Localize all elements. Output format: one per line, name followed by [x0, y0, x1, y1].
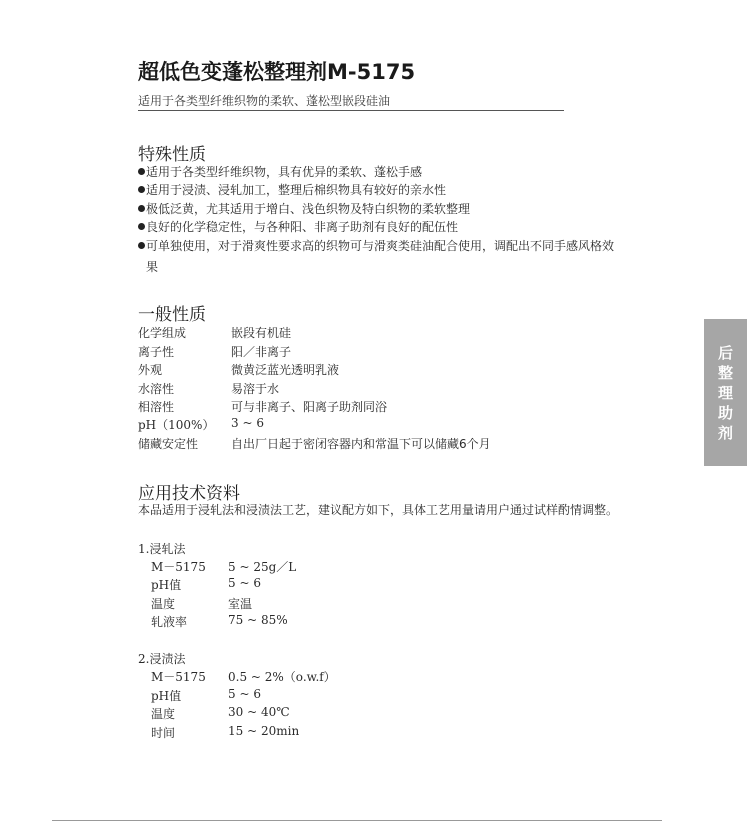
side-tab-char: 助 [718, 403, 733, 423]
bullet-icon [138, 223, 145, 230]
property-key: 离子性 [138, 343, 174, 360]
side-tab-char: 剂 [718, 423, 733, 443]
property-key: 储藏安定性 [138, 435, 198, 452]
method-title-padding: 1.浸轧法 [138, 540, 185, 557]
method-key: pH值 [151, 576, 181, 593]
method-value: 15 ~ 20min [228, 724, 299, 738]
property-key: 外观 [138, 361, 162, 378]
property-value: 微黄泛蓝光透明乳液 [231, 361, 339, 378]
bullet-item: 可单独使用，对于滑爽性要求高的织物可与滑爽类硅油配合使用，调配出不同手感风格效 [138, 237, 614, 255]
method-key: 温度 [151, 705, 175, 722]
method-key: pH值 [151, 687, 181, 704]
property-value: 可与非离子、阳离子助剂同浴 [231, 398, 387, 415]
method-title-exhaustion: 2.浸渍法 [138, 650, 185, 667]
method-value: 室温 [228, 595, 252, 612]
product-datasheet-page: 超低色变蓬松整理剂M-5175 适用于各类型纤维织物的柔软、蓬松型嵌段硅油 特殊… [0, 0, 747, 825]
method-value: 30 ~ 40℃ [228, 705, 290, 719]
method-key: 时间 [151, 724, 175, 741]
bullet-item: 良好的化学稳定性，与各种阳、非离子助剂有良好的配伍性 [138, 218, 458, 236]
method-value: 5 ~ 6 [228, 576, 261, 590]
section-heading-general-properties: 一般性质 [138, 300, 206, 325]
bullet-item: 适用于各类型纤维织物，具有优异的柔软、蓬松手感 [138, 163, 422, 181]
property-value: 自出厂日起于密闭容器内和常温下可以储藏6个月 [231, 435, 491, 452]
side-tab-char: 整 [718, 363, 733, 383]
method-value: 0.5 ~ 2%（o.w.f） [228, 668, 336, 685]
property-key: 相溶性 [138, 398, 174, 415]
property-key: 水溶性 [138, 380, 174, 397]
bullet-icon [138, 242, 145, 249]
bullet-item: 极低泛黄，尤其适用于增白、浅色织物及特白织物的柔软整理 [138, 200, 470, 218]
method-value: 5 ~ 25g／L [228, 558, 296, 575]
category-side-tab: 后 整 理 助 剂 [704, 319, 747, 466]
method-key: 轧液率 [151, 613, 187, 630]
property-value: 3 ~ 6 [231, 416, 264, 430]
property-value: 易溶于水 [231, 380, 279, 397]
bullet-item: 适用于浸渍、浸轧加工，整理后棉织物具有较好的亲水性 [138, 181, 446, 199]
application-intro: 本品适用于浸轧法和浸渍法工艺，建议配方如下，具体工艺用量请用户通过试样酌情调整。 [138, 501, 618, 519]
bullet-continuation: 果 [146, 258, 158, 275]
section-heading-special-properties: 特殊性质 [138, 140, 206, 165]
bullet-icon [138, 168, 145, 175]
product-subtitle: 适用于各类型纤维织物的柔软、蓬松型嵌段硅油 [138, 92, 390, 109]
method-value: 75 ~ 85% [228, 613, 288, 627]
bullet-icon [138, 205, 145, 212]
side-tab-char: 理 [718, 383, 733, 403]
property-value: 嵌段有机硅 [231, 324, 291, 341]
method-key: 温度 [151, 595, 175, 612]
bullet-icon [138, 186, 145, 193]
property-key: 化学组成 [138, 324, 186, 341]
method-key: M－5175 [151, 558, 206, 575]
method-value: 5 ~ 6 [228, 687, 261, 701]
side-tab-char: 后 [718, 343, 733, 363]
property-value: 阳／非离子 [231, 343, 291, 360]
method-key: M－5175 [151, 668, 206, 685]
product-title: 超低色变蓬松整理剂M-5175 [138, 56, 415, 86]
footer-divider [52, 820, 662, 821]
title-divider [138, 110, 564, 111]
property-key: pH（100%） [138, 416, 214, 433]
